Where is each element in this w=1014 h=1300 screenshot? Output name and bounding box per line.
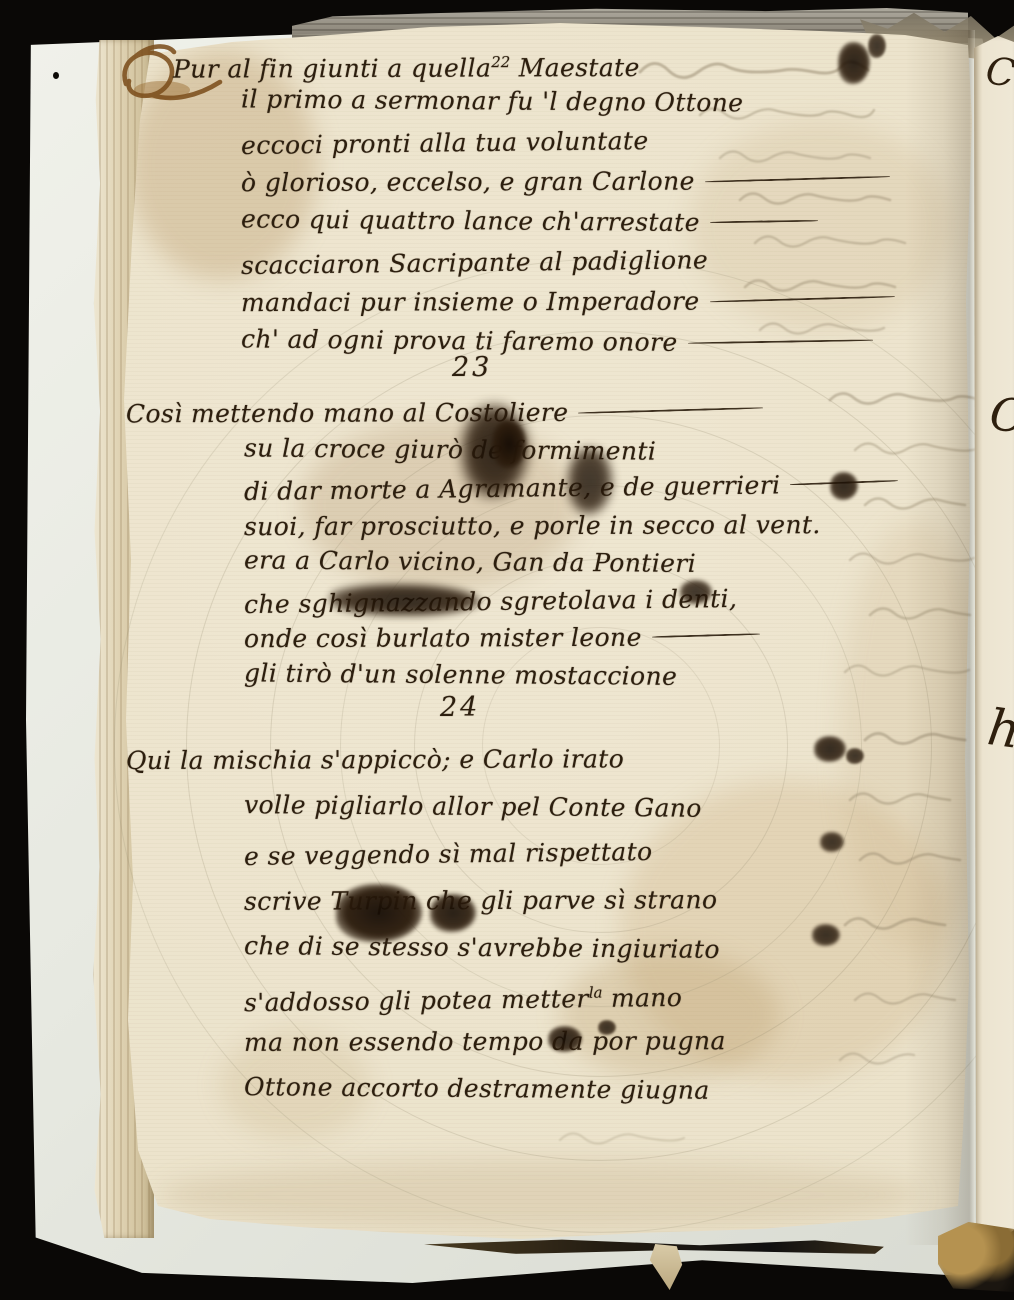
ink-smear xyxy=(330,584,480,616)
manuscript-line: Ottone accorto destramente giugna xyxy=(244,1063,726,1114)
manuscript-photograph: Pur al fin giunti a quella22 Maestateil … xyxy=(0,0,1014,1300)
manuscript-line: Pur al fin giunti a quella22 Maestate xyxy=(173,41,895,84)
manuscript-line: il primo a sermonar fu 'l degno Ottone xyxy=(241,79,895,124)
manuscript-line: era a Carlo vicino, Gan da Pontieri xyxy=(244,541,899,584)
manuscript-line: suoi, far prosciutto, e porle in secco a… xyxy=(244,505,899,545)
manuscript-line: volle pigliarlo allor pel Conte Gano xyxy=(244,781,726,832)
ink-speck xyxy=(53,72,59,79)
manuscript-line: onde così burlato mister leone xyxy=(244,618,899,658)
stanza-number-23: 23 xyxy=(452,352,492,383)
manuscript-line: scrive Turpin che gli parve sì strano xyxy=(244,876,726,925)
stanza-24: Qui la mischia s'appiccò; e Carlo iratov… xyxy=(120,736,726,1112)
manuscript-line: eccoci pronti alla tua voluntate xyxy=(241,118,895,166)
stanza-22: Pur al fin giunti a quella22 Maestateil … xyxy=(165,42,895,362)
manuscript-line: ò glorioso, eccelso, e gran Carlone xyxy=(241,161,895,203)
manuscript-line: s'addosso gli potea metterla mano xyxy=(244,968,726,1021)
manuscript-line: ma non essendo tempo da por pugna xyxy=(244,1017,726,1066)
stanza-number-24: 24 xyxy=(440,692,480,723)
manuscript-line: ecco qui quattro lance ch'arrestate xyxy=(241,199,895,244)
gutter-fold-shadow xyxy=(905,30,975,1245)
manuscript-line: mandaci pur insieme o Imperadore xyxy=(241,281,895,323)
manuscript-line: scacciaron Sacripante al padiglione xyxy=(241,238,895,286)
manuscript-line: gli tirò d'un solenne mostaccione xyxy=(244,654,899,697)
facing-page-sliver: C C h xyxy=(974,36,1014,1242)
manuscript-line: Qui la mischia s'appiccò; e Carlo irato xyxy=(126,735,726,784)
manuscript-line: e se veggendo sì mal rispettato xyxy=(244,827,726,880)
facing-page-letter: h xyxy=(984,698,1014,760)
facing-page-letter: C xyxy=(983,48,1014,96)
torn-gilt-fragment xyxy=(938,1222,1014,1292)
facing-page-letter: C xyxy=(986,386,1014,444)
manuscript-line: che di se stesso s'avrebbe ingiuriato xyxy=(244,922,726,973)
manuscript-line: ch' ad ogni prova ti faremo onore xyxy=(241,319,895,364)
